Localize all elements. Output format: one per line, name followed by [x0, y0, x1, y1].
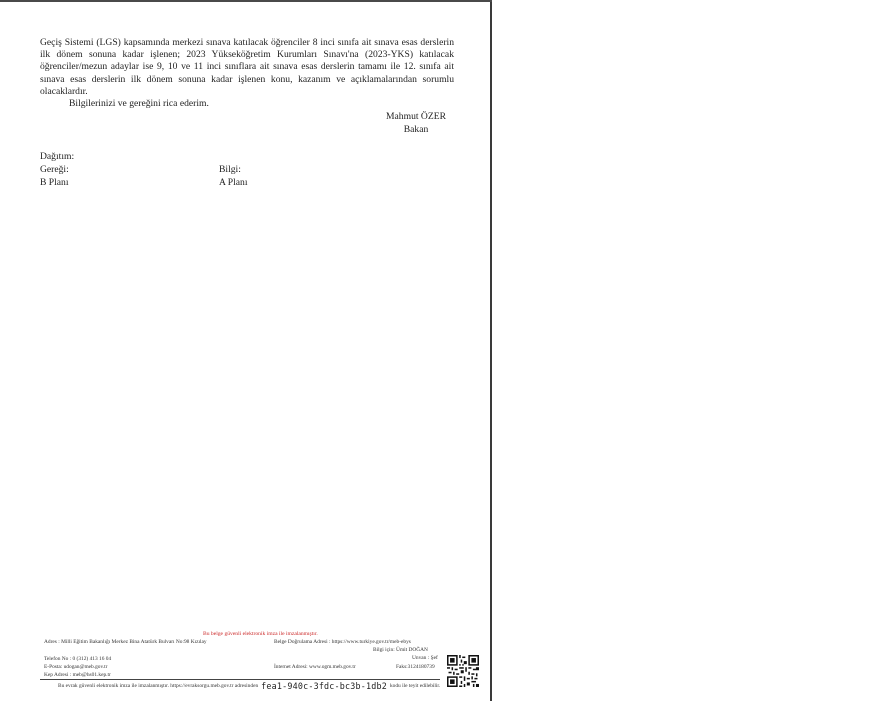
verify-code: fea1-940c-3fdc-bc3b-1db2 [261, 681, 387, 691]
esign-notice: Bu belge güvenli elektronik imza ile imz… [203, 631, 318, 637]
footer-info-contact: Bilgi için: Ümit DOĞAN [373, 647, 428, 653]
bilgi-value: A Planı [219, 176, 248, 189]
signature-block: Mahmut ÖZER Bakan [372, 110, 460, 136]
bilgi-label: Bilgi: [219, 163, 241, 176]
footer-fax: Faks:3124180739 [396, 664, 435, 670]
distribution-label: Dağıtım: [40, 150, 74, 163]
qr-code-icon [447, 655, 479, 687]
footer-email: E-Posta: udogan@meb.gov.tr [44, 664, 107, 670]
footer-address: Adres : Milli Eğitim Bakanlığı Merkez Bi… [44, 639, 207, 645]
verify-prefix: Bu evrak güvenli elektronik imza ile imz… [58, 683, 258, 689]
footer-internet: İnternet Adresi: www.ogm.meb.gov.tr [274, 664, 356, 670]
footer-kep: Kep Adresi : meb@hs01.kep.tr [44, 672, 111, 678]
footer-divider [40, 679, 440, 680]
signer-title: Bakan [372, 123, 460, 136]
footer-phone: Telefon No : 0 (312) 413 16 04 [44, 656, 111, 662]
signer-name: Mahmut ÖZER [372, 110, 460, 123]
footer-verify-line: Bu evrak güvenli elektronik imza ile imz… [58, 681, 440, 691]
footer-verify-address: Belge Doğrulama Adresi : https://www.tur… [274, 639, 411, 645]
document-page: Geçiş Sistemi (LGS) kapsamında merkezi s… [0, 2, 492, 701]
footer-job-title: Unvan : Şef [412, 655, 438, 661]
gereg-value: B Planı [40, 176, 69, 189]
closing-sentence: Bilgilerinizi ve gereğini rica ederim. [69, 98, 209, 109]
body-paragraph: Geçiş Sistemi (LGS) kapsamında merkezi s… [40, 37, 454, 98]
gereg-label: Gereği: [40, 163, 69, 176]
verify-suffix: kodu ile teyit edilebilir. [390, 683, 440, 689]
